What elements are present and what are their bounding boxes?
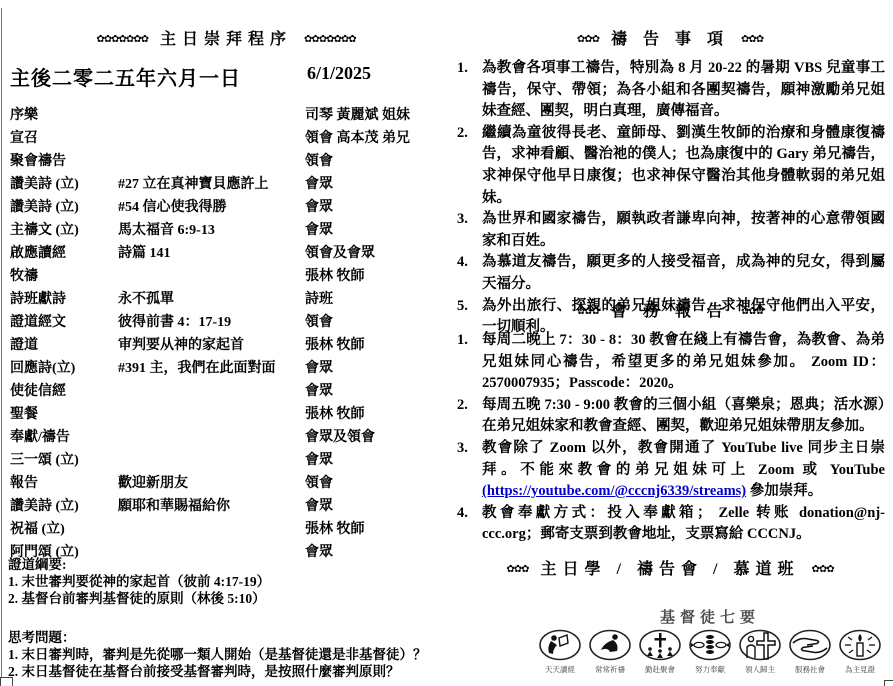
program-item-detail [118, 150, 305, 173]
program-item-label: 祝福 (立) [10, 518, 118, 541]
question-item: 2. 末日基督徒在基督台前接受基督審判時，是按照什麼審判原則？ [8, 663, 444, 680]
page-title: 主日崇拜程序 [152, 31, 300, 48]
prayer-items-title: 禱 告 事 項 [603, 31, 737, 48]
program-item-detail: #27 立在真神寶貝應許上 [118, 173, 305, 196]
floral-ornament-icon: ✿✿✿ [741, 34, 763, 45]
program-row: 奉獻/禱告 會眾及領會 [10, 426, 444, 449]
program-item-performer: 張林 牧師 [305, 265, 444, 288]
sermon-outline-title: 證道綱要: [8, 556, 444, 573]
list-number: 4. [457, 252, 468, 274]
program-row: 讚美詩 (立) 願耶和華賜福給你 會眾 [10, 495, 444, 518]
essential-witness: 為主見證 [835, 629, 885, 675]
page-edge-line [1, 8, 2, 684]
program-item-detail: 审判要从神的家起首 [118, 334, 305, 357]
prayer-item-text: 為世界和國家禱告，願執政者謙卑向神，按著神的心意帶領國家和百姓。 [482, 211, 885, 249]
essential-praying: 常常祈禱 [585, 629, 635, 675]
prayer-item: 4. 為慕道友禱告，願更多的人接受福音，成為神的兒女，得到屬天福分。 [455, 252, 885, 295]
evangelism-icon [737, 629, 783, 663]
program-item-performer: 會眾及領會 [305, 426, 444, 449]
list-number: 3. [457, 209, 468, 231]
floral-ornament-icon: ✿✿✿ [506, 564, 528, 575]
service-icon [787, 629, 833, 663]
church-report-header: ✿✿✿ 會 務 報 告 ✿✿✿ [455, 298, 885, 321]
youtube-stream-link[interactable]: (https://youtube.com/@cccnj6339/streams) [482, 483, 746, 499]
program-item-detail [118, 380, 305, 403]
program-item-performer: 會眾 [305, 173, 444, 196]
prayer-item: 1. 為教會各項事工禱告，特別為 8 月 20-22 的暑期 VBS 兒童事工禱… [455, 58, 885, 123]
program-item-label: 聚會禱告 [10, 150, 118, 173]
church-report-title: 會 務 報 告 [603, 303, 737, 320]
program-row: 讚美詩 (立) #27 立在真神寶貝應許上 會眾 [10, 173, 444, 196]
program-item-performer: 張林 牧師 [305, 334, 444, 357]
program-item-label: 聖餐 [10, 403, 118, 426]
program-row: 牧禱 張林 牧師 [10, 265, 444, 288]
report-item: 4. 教會奉獻方式：投入奉獻箱； Zelle 转账 donation@nj-cc… [455, 503, 885, 546]
corner-box [0, 677, 13, 686]
report-item-text: 教會除了 Zoom 以外，教會開通了 YouTube live 同步主日崇拜。不… [482, 440, 885, 478]
program-row: 證道經文 彼得前書 4：17-19 領會 [10, 311, 444, 334]
program-item-performer: 領會 [305, 311, 444, 334]
program-row: 主禱文 (立) 馬太福音 6:9-13 會眾 [10, 219, 444, 242]
program-item-performer: 領會 [305, 472, 444, 495]
program-item-detail: #391 主，我們在此面對面 [118, 357, 305, 380]
program-row: 啟應讀經 詩篇 141 領會及會眾 [10, 242, 444, 265]
program-row: 使徒信經 會眾 [10, 380, 444, 403]
program-item-detail: 馬太福音 6:9-13 [118, 219, 305, 242]
program-item-detail [118, 265, 305, 288]
program-row: 序樂 司琴 黃麗斌 姐妹 [10, 104, 444, 127]
assembly-icon [637, 629, 683, 663]
program-row: 回應詩(立) #391 主，我們在此面對面 會眾 [10, 357, 444, 380]
list-number: 2. [457, 395, 468, 417]
program-item-performer: 會眾 [305, 449, 444, 472]
question-item: 1. 末日審判時，審判是先從哪一類人開始（是基督徒還是非基督徒）？ [8, 646, 444, 663]
essential-reading: 天天讀經 [535, 629, 585, 675]
program-item-label: 證道 [10, 334, 118, 357]
witness-icon [837, 629, 883, 663]
seven-essentials-logo: 基督徒七要 天天讀經 [527, 606, 893, 675]
program-row: 詩班獻詩 永不孤單 詩班 [10, 288, 444, 311]
essential-offering: 努力奉獻 [685, 629, 735, 675]
report-item: 2. 每周五晚 7:30 - 9:00 教會的三個小組（喜樂泉；恩典；活水源）在… [455, 395, 885, 438]
date-chinese: 主後二零二五年六月一日 [10, 68, 241, 90]
essential-label: 勤赴聚會 [635, 664, 685, 675]
essential-label: 天天讀經 [535, 664, 585, 675]
list-number: 2. [457, 123, 468, 145]
program-item-performer: 會眾 [305, 380, 444, 403]
essential-label: 領人歸主 [735, 664, 785, 675]
worship-order-header: ✿✿✿✿✿✿✿ 主日崇拜程序 ✿✿✿✿✿✿✿ [8, 26, 444, 49]
program-item-performer: 領會 [305, 150, 444, 173]
report-item-text: 每周二晚上 7：30 - 8：30 教會在綫上有禱告會，為教會、為弟兄姐妹同心禱… [482, 332, 885, 391]
floral-ornament-icon: ✿✿✿✿✿✿✿ [304, 34, 356, 45]
report-item-text: 參加崇拜。 [746, 483, 822, 499]
floral-ornament-icon: ✿✿✿ [577, 34, 599, 45]
program-item-label: 讚美詩 (立) [10, 173, 118, 196]
program-item-detail [118, 403, 305, 426]
program-item-performer: 詩班 [305, 288, 444, 311]
program-item-label: 宣召 [10, 127, 118, 150]
program-item-detail: 彼得前書 4：17-19 [118, 311, 305, 334]
program-item-label: 啟應讀經 [10, 242, 118, 265]
program-row: 宣召 領會 高本茂 弟兄 [10, 127, 444, 150]
sermon-outline-point: 1. 末世審判要從神的家起首（彼前 4:17-19） [8, 573, 444, 590]
program-item-label: 序樂 [10, 104, 118, 127]
essential-evangelism: 領人歸主 [735, 629, 785, 675]
corner-box [884, 680, 893, 686]
program-row: 證道 审判要从神的家起首 張林 牧師 [10, 334, 444, 357]
program-item-label: 讚美詩 (立) [10, 196, 118, 219]
program-row: 聖餐 張林 牧師 [10, 403, 444, 426]
program-item-label: 報告 [10, 472, 118, 495]
date-row: 主後二零二五年六月一日 6/1/2025 [10, 62, 444, 92]
prayer-item-text: 為教會各項事工禱告，特別為 8 月 20-22 的暑期 VBS 兒童事工禱告，保… [482, 60, 885, 119]
offering-icon [687, 629, 733, 663]
program-item-label: 證道經文 [10, 311, 118, 334]
program-item-label: 奉獻/禱告 [10, 426, 118, 449]
program-item-performer: 領會 高本茂 弟兄 [305, 127, 444, 150]
report-item-text: 教會奉獻方式：投入奉獻箱； Zelle 转账 donation@nj-ccc.o… [482, 505, 885, 543]
program-item-performer: 張林 牧師 [305, 403, 444, 426]
seven-essentials-title: 基督徒七要 [527, 606, 893, 627]
program-item-label: 讚美詩 (立) [10, 495, 118, 518]
questions-title: 思考問題： [8, 629, 444, 646]
program-item-label: 詩班獻詩 [10, 288, 118, 311]
essential-service: 服務社會 [785, 629, 835, 675]
program-item-detail: 詩篇 141 [118, 242, 305, 265]
prayer-list: 1. 為教會各項事工禱告，特別為 8 月 20-22 的暑期 VBS 兒童事工禱… [455, 58, 885, 339]
prayer-item-text: 為慕道友禱告，願更多的人接受福音，成為神的兒女，得到屬天福分。 [482, 254, 885, 292]
program-row: 祝福 (立) 張林 牧師 [10, 518, 444, 541]
program-row: 報告 歡迎新朋友 領會 [10, 472, 444, 495]
list-number: 1. [457, 330, 468, 352]
prayer-item: 2. 繼續為童彼得長老、童師母、劉漢生牧師的治療和身體康復禱告，求神看顧、醫治祂… [455, 123, 885, 209]
essential-label: 常常祈禱 [585, 664, 635, 675]
program-item-detail [118, 518, 305, 541]
program-item-performer: 領會及會眾 [305, 242, 444, 265]
sermon-notes: 證道綱要: 1. 末世審判要從神的家起首（彼前 4:17-19） 2. 基督台前… [8, 556, 444, 680]
program-item-label: 主禱文 (立) [10, 219, 118, 242]
list-number: 1. [457, 58, 468, 80]
program-item-performer: 張林 牧師 [305, 518, 444, 541]
program-item-performer: 會眾 [305, 219, 444, 242]
date-numeric: 6/1/2025 [307, 63, 371, 84]
program-item-detail [118, 426, 305, 449]
program-item-performer: 會眾 [305, 357, 444, 380]
program-item-detail: 歡迎新朋友 [118, 472, 305, 495]
praying-icon [587, 629, 633, 663]
program-item-performer: 司琴 黃麗斌 姐妹 [305, 104, 444, 127]
report-item-text: 每周五晚 7:30 - 9:00 教會的三個小組（喜樂泉；恩典；活水源）在弟兄姐… [482, 397, 885, 435]
program-row: 讚美詩 (立) #54 信心使我得勝 會眾 [10, 196, 444, 219]
floral-ornament-icon: ✿✿✿ [577, 306, 599, 317]
program-item-performer: 會眾 [305, 495, 444, 518]
program-item-label: 使徒信經 [10, 380, 118, 403]
report-item: 3. 教會除了 Zoom 以外，教會開通了 YouTube live 同步主日崇… [455, 438, 885, 503]
program-item-detail [118, 449, 305, 472]
list-number: 4. [457, 503, 468, 525]
program-item-label: 回應詩(立) [10, 357, 118, 380]
report-item: 1. 每周二晚上 7：30 - 8：30 教會在綫上有禱告會，為教會、為弟兄姐妹… [455, 330, 885, 395]
prayer-item-text: 繼續為童彼得長老、童師母、劉漢生牧師的治療和身體康復禱告，求神看顧、醫治祂的僕人… [482, 125, 885, 206]
list-number: 3. [457, 438, 468, 460]
seven-essentials-icon-row: 天天讀經 常常祈禱 [527, 629, 893, 675]
program-row: 三一頌 (立) 會眾 [10, 449, 444, 472]
program-list: 序樂 司琴 黃麗斌 姐妹 宣召 領會 高本茂 弟兄 聚會禱告 領會 讚美詩 (立… [10, 104, 444, 564]
floral-ornament-icon: ✿✿✿ [811, 564, 833, 575]
worship-bulletin-page: ✿✿✿✿✿✿✿ 主日崇拜程序 ✿✿✿✿✿✿✿ 主後二零二五年六月一日 6/1/2… [0, 0, 893, 686]
floral-ornament-icon: ✿✿✿✿✿✿✿ [96, 34, 148, 45]
report-list: 1. 每周二晚上 7：30 - 8：30 教會在綫上有禱告會，為教會、為弟兄姐妹… [455, 330, 885, 546]
prayer-item: 3. 為世界和國家禱告，願執政者謙卑向神，按著神的心意帶領國家和百姓。 [455, 209, 885, 252]
program-item-detail: 願耶和華賜福給你 [118, 495, 305, 518]
program-row: 聚會禱告 領會 [10, 150, 444, 173]
program-item-label: 牧禱 [10, 265, 118, 288]
sermon-outline-point: 2. 基督台前審判基督徒的原則（林後 5:10） [8, 590, 444, 607]
program-item-performer: 會眾 [305, 196, 444, 219]
essential-label: 努力奉獻 [685, 664, 735, 675]
program-item-detail [118, 104, 305, 127]
floral-ornament-icon: ✿✿✿ [741, 306, 763, 317]
classes-header: ✿✿✿ 主日學 / 禱告會 / 慕道班 ✿✿✿ [455, 556, 885, 579]
program-item-detail: #54 信心使我得勝 [118, 196, 305, 219]
essential-label: 為主見證 [835, 664, 885, 675]
reading-icon [537, 629, 583, 663]
prayer-items-header: ✿✿✿ 禱 告 事 項 ✿✿✿ [455, 26, 885, 49]
program-item-label: 三一頌 (立) [10, 449, 118, 472]
essential-label: 服務社會 [785, 664, 835, 675]
program-item-detail: 永不孤單 [118, 288, 305, 311]
essential-assembly: 勤赴聚會 [635, 629, 685, 675]
classes-title: 主日學 / 禱告會 / 慕道班 [533, 561, 808, 578]
program-item-detail [118, 127, 305, 150]
